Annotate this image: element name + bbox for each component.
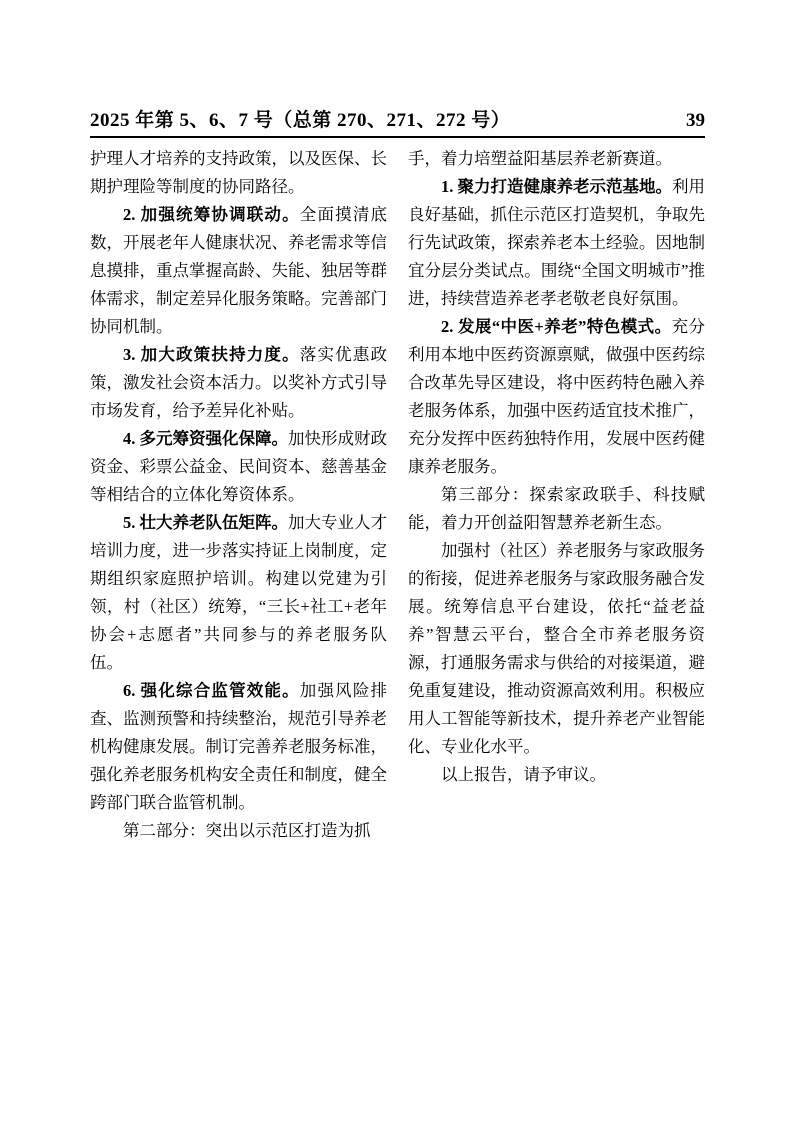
- paragraph: 6. 强化综合监管效能。加强风险排查、监测预警和持续整治，规范引导养老机构健康发…: [90, 677, 387, 817]
- paragraph: 护理人才培养的支持政策，以及医保、长期护理险等制度的协同路径。: [90, 145, 387, 201]
- paragraph: 2. 发展“中医+养老”特色模式。充分利用本地中医药资源禀赋，做强中医药综合改革…: [408, 313, 705, 481]
- paragraph: 4. 多元筹资强化保障。加快形成财政资金、彩票公益金、民间资本、慈善基金等相结合…: [90, 425, 387, 509]
- paragraph: 1. 聚力打造健康养老示范基地。利用良好基础，抓住示范区打造契机，争取先行先试政…: [408, 173, 705, 313]
- paragraph: 3. 加大政策扶持力度。落实优惠政策，激发社会资本活力。以奖补方式引导市场发育，…: [90, 341, 387, 425]
- issue-info: 2025 年第 5、6、7 号（总第 270、271、272 号）: [90, 108, 510, 134]
- paragraph: 以上报告，请予审议。: [408, 761, 705, 789]
- paragraph-text: 加强村（社区）养老服务与家政服务的衔接，促进养老服务与家政服务融合发展。统筹信息…: [408, 541, 705, 756]
- paragraph-lead: 4. 多元筹资强化保障。: [123, 429, 288, 448]
- paragraph-text: 利用良好基础，抓住示范区打造契机，争取先行先试政策，探索养老本土经验。因地制宜分…: [408, 177, 705, 308]
- paragraph-lead: 3. 加大政策扶持力度。: [123, 345, 300, 364]
- right-column: 手，着力培塑益阳基层养老新赛道。 1. 聚力打造健康养老示范基地。利用良好基础，…: [408, 145, 705, 845]
- paragraph: 5. 壮大养老队伍矩阵。加大专业人才培训力度，进一步落实持证上岗制度，定期组织家…: [90, 509, 387, 677]
- paragraph-lead: 5. 壮大养老队伍矩阵。: [123, 513, 288, 532]
- paragraph-text: 以上报告，请予审议。: [441, 765, 606, 784]
- page-number: 39: [686, 108, 705, 134]
- paragraph: 第二部分：突出以示范区打造为抓: [90, 817, 387, 845]
- paragraph-text: 第二部分：突出以示范区打造为抓: [123, 821, 371, 840]
- paragraph-lead: 1. 聚力打造健康养老示范基地。: [441, 177, 672, 196]
- paragraph-lead: 6. 强化综合监管效能。: [123, 681, 300, 700]
- document-page: 2025 年第 5、6、7 号（总第 270、271、272 号） 39 护理人…: [0, 0, 794, 1122]
- paragraph-lead: 2. 加强统筹协调联动。: [123, 205, 300, 224]
- paragraph-text: 充分利用本地中医药资源禀赋，做强中医药综合改革先导区建设，将中医药特色融入养老服…: [408, 317, 705, 476]
- paragraph-text: 加大专业人才培训力度，进一步落实持证上岗制度，定期组织家庭照护培训。构建以党建为…: [90, 513, 387, 672]
- paragraph-text: 护理人才培养的支持政策，以及医保、长期护理险等制度的协同路径。: [90, 149, 387, 196]
- paragraph: 加强村（社区）养老服务与家政服务的衔接，促进养老服务与家政服务融合发展。统筹信息…: [408, 537, 705, 761]
- paragraph-text: 手，着力培塑益阳基层养老新赛道。: [408, 149, 672, 168]
- paragraph-text: 全面摸清底数，开展老年人健康状况、养老需求等信息摸排，重点掌握高龄、失能、独居等…: [90, 205, 387, 336]
- paragraph-text: 第三部分：探索家政联手、科技赋能，着力开创益阳智慧养老新生态。: [408, 485, 705, 532]
- page-header: 2025 年第 5、6、7 号（总第 270、271、272 号） 39: [90, 108, 705, 138]
- paragraph: 手，着力培塑益阳基层养老新赛道。: [408, 145, 705, 173]
- paragraph-lead: 2. 发展“中医+养老”特色模式。: [441, 317, 672, 336]
- paragraph: 2. 加强统筹协调联动。全面摸清底数，开展老年人健康状况、养老需求等信息摸排，重…: [90, 201, 387, 341]
- paragraph: 第三部分：探索家政联手、科技赋能，着力开创益阳智慧养老新生态。: [408, 481, 705, 537]
- paragraph-text: 加强风险排查、监测预警和持续整治，规范引导养老机构健康发展。制订完善养老服务标准…: [90, 681, 387, 812]
- document-body: 护理人才培养的支持政策，以及医保、长期护理险等制度的协同路径。 2. 加强统筹协…: [90, 145, 705, 845]
- left-column: 护理人才培养的支持政策，以及医保、长期护理险等制度的协同路径。 2. 加强统筹协…: [90, 145, 387, 845]
